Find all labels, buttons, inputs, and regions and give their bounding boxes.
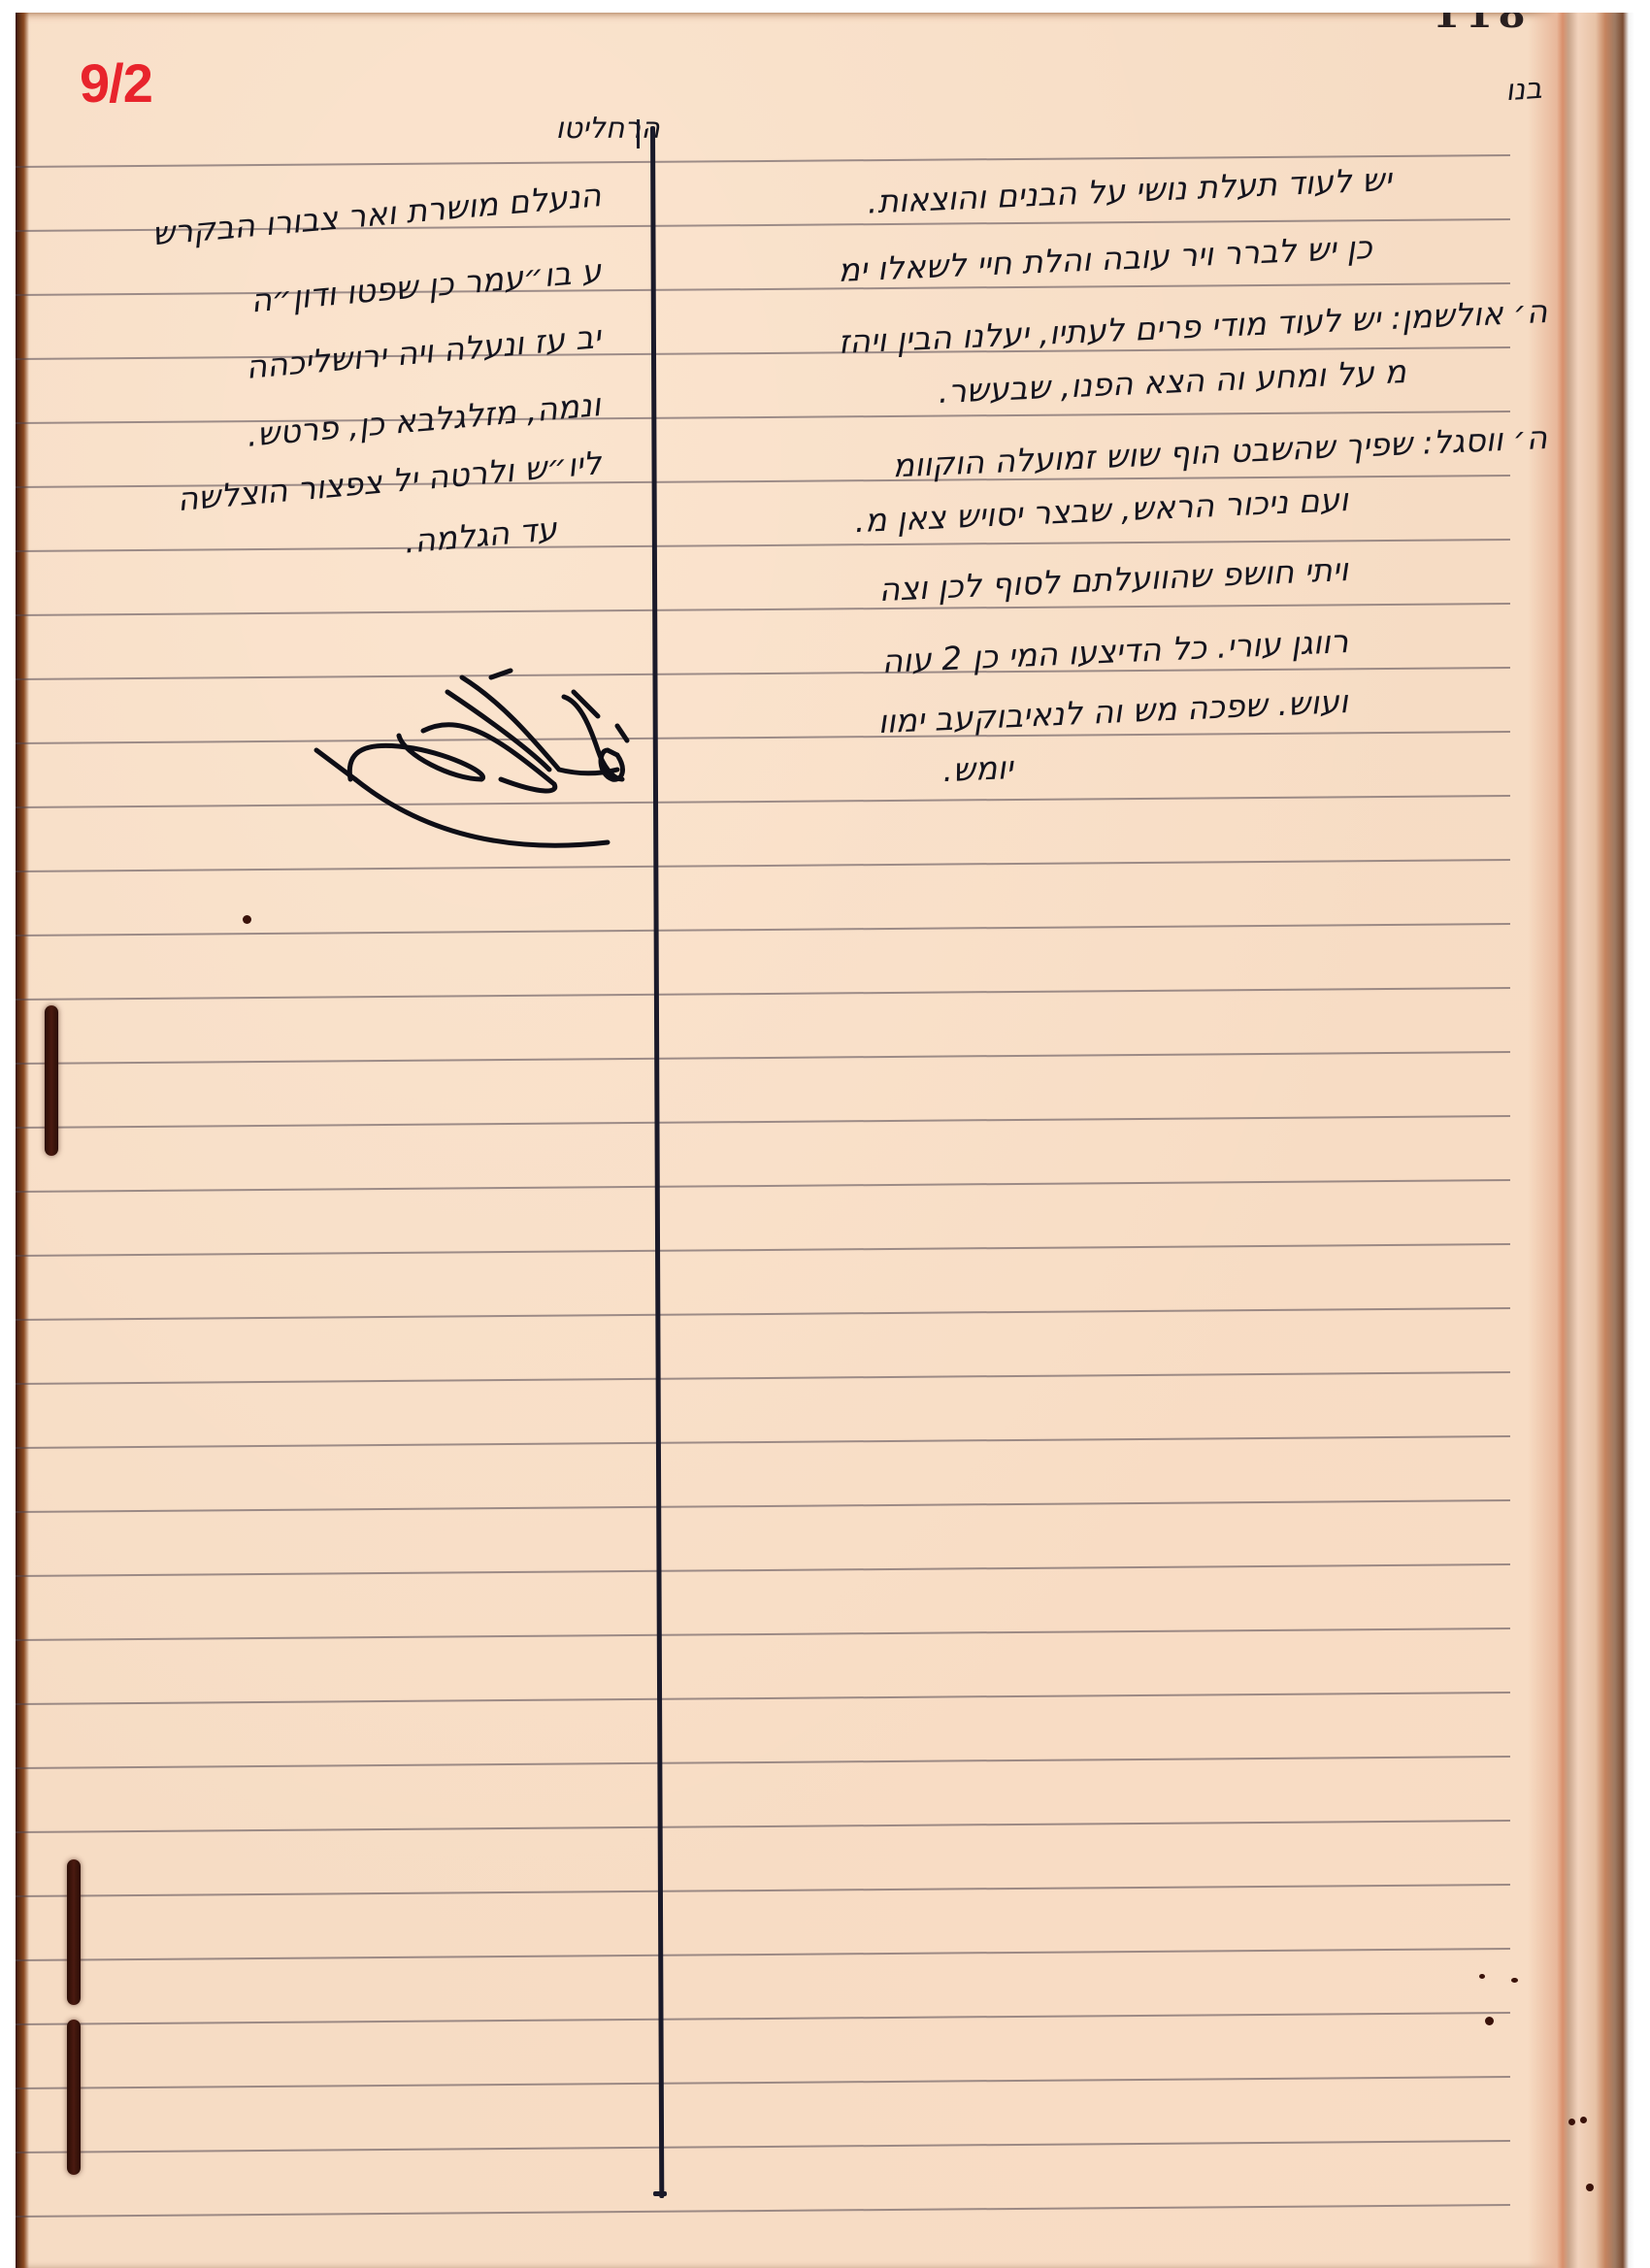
document-label: 9/2: [80, 51, 152, 115]
notebook-page: 9/2 118 בנו הרחליטו הנעלם מושרת ואר צבור…: [16, 13, 1634, 2268]
right-line: יומש.: [942, 748, 1014, 789]
left-line: ונמה, מזלגלבא כן, פרטש.: [246, 385, 603, 454]
binding-staple-mark: [67, 1859, 81, 2005]
binding-staple-mark: [67, 2020, 81, 2175]
printed-page-number: 118: [1433, 13, 1532, 37]
page-left-edge-shadow: [16, 13, 29, 2268]
left-line: עד הגלמה.: [403, 509, 558, 561]
left-line: ליו״ש ולרטה יל צפצור הוצלשה: [176, 444, 603, 518]
header-bracket: [637, 119, 640, 148]
paper-stain: [1586, 2184, 1594, 2191]
left-line: ע בו״עמר כן שפטו ודון״ה: [248, 251, 602, 319]
left-line: יב עז ונעלה ויה ירושליכהה: [245, 317, 603, 386]
paper-stain: [1568, 2119, 1575, 2125]
right-line: יש לעוד תעלת נושי על הבנים והוצאות.: [867, 160, 1393, 221]
page-stack-spine-edge: [1528, 13, 1634, 2268]
left-line: הנעלם מושרת ואר צבורו הבקרש: [150, 176, 603, 252]
signature: [307, 643, 637, 876]
paper-stain: [1580, 2117, 1587, 2123]
right-line: ועם ניכור הראש, שבצר יסויש צאן מ.: [854, 480, 1349, 540]
right-line: מ על ומחע וה הצא הפנו, שבעשר.: [938, 352, 1407, 411]
binding-staple-mark: [45, 1005, 58, 1156]
paper-stain: [1479, 1974, 1485, 1979]
paper-stain: [1511, 1978, 1518, 1983]
header-mark: בנו: [1504, 72, 1543, 109]
paper-stain: [1485, 2017, 1494, 2025]
column-divider-hook: [653, 2191, 667, 2196]
right-line: ויתי חושפ שהוועלתם לסוף לכן וצה: [878, 550, 1349, 608]
left-column-header: הרחליטו: [524, 112, 660, 146]
paper-stain: [243, 915, 251, 924]
column-divider-line: [650, 126, 664, 2198]
right-line: כן יש לברר ויר עובה והלת חיי לשאלו ימ: [838, 228, 1373, 289]
